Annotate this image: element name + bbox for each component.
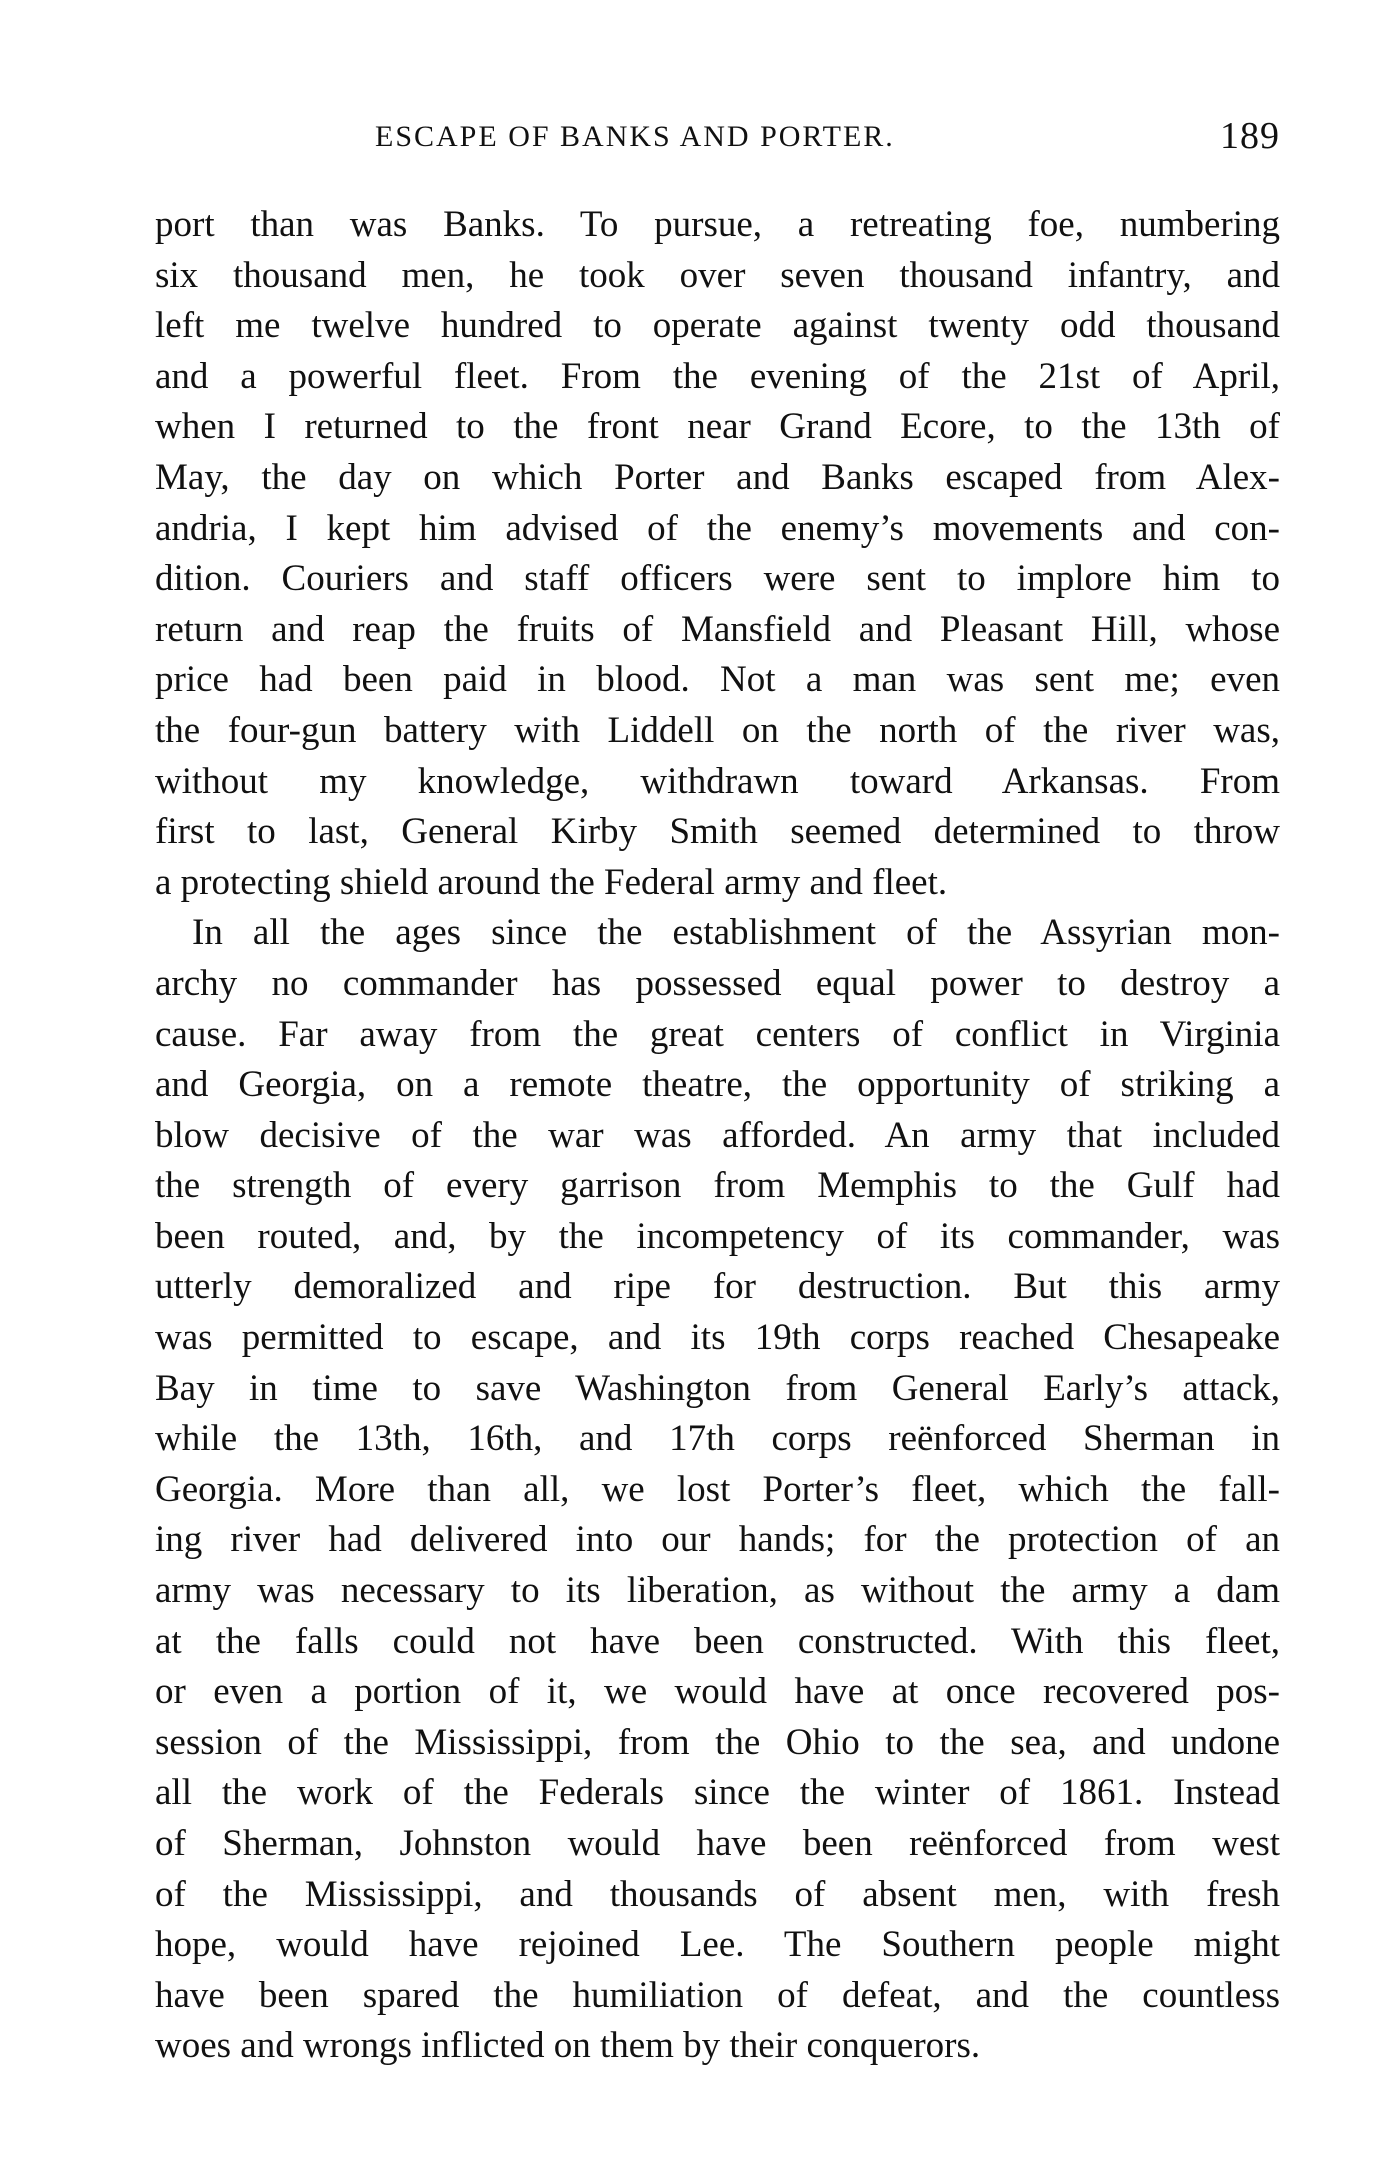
text-line: port than was Banks. To pursue, a retrea… [155,200,1280,251]
text-line: of the Mississippi, and thousands of abs… [155,1870,1280,1921]
text-line: and Georgia, on a remote theatre, the op… [155,1060,1280,1111]
text-line: cause. Far away from the great centers o… [155,1010,1280,1061]
text-line: session of the Mississippi, from the Ohi… [155,1718,1280,1769]
text-line: hope, would have rejoined Lee. The South… [155,1920,1280,1971]
text-line: and a powerful fleet. From the evening o… [155,352,1280,403]
text-line: dition. Couriers and staff officers were… [155,554,1280,605]
text-line: woes and wrongs inflicted on them by the… [155,2021,1280,2072]
text-line: first to last, General Kirby Smith seeme… [155,807,1280,858]
paragraph-2: In all the ages since the establishment … [155,908,1280,2072]
text-line: ing river had delivered into our hands; … [155,1515,1280,1566]
text-line: at the falls could not have been constru… [155,1617,1280,1668]
text-line: all the work of the Federals since the w… [155,1768,1280,1819]
text-line: a protecting shield around the Federal a… [155,858,1280,909]
book-page: ESCAPE OF BANKS AND PORTER. 189 port tha… [0,0,1400,2168]
text-line: May, the day on which Porter and Banks e… [155,453,1280,504]
text-line: or even a portion of it, we would have a… [155,1667,1280,1718]
text-line: price had been paid in blood. Not a man … [155,655,1280,706]
text-line: while the 13th, 16th, and 17th corps reë… [155,1414,1280,1465]
text-line: without my knowledge, withdrawn toward A… [155,757,1280,808]
text-line: In all the ages since the establishment … [155,908,1280,959]
paragraph-1: port than was Banks. To pursue, a retrea… [155,200,1280,908]
text-line: return and reap the fruits of Mansfield … [155,605,1280,656]
body-text: port than was Banks. To pursue, a retrea… [155,200,1280,2072]
text-line: six thousand men, he took over seven tho… [155,251,1280,302]
text-line: the strength of every garrison from Memp… [155,1161,1280,1212]
text-line: blow decisive of the war was afforded. A… [155,1111,1280,1162]
text-line: andria, I kept him advised of the enemy’… [155,504,1280,555]
running-title: ESCAPE OF BANKS AND PORTER. [375,120,895,154]
text-line: Bay in time to save Washington from Gene… [155,1364,1280,1415]
text-line: archy no commander has possessed equal p… [155,959,1280,1010]
text-line: was permitted to escape, and its 19th co… [155,1313,1280,1364]
text-line: Georgia. More than all, we lost Porter’s… [155,1465,1280,1516]
text-line: have been spared the humiliation of defe… [155,1971,1280,2022]
text-line: left me twelve hundred to operate agains… [155,301,1280,352]
text-line: been routed, and, by the incompetency of… [155,1212,1280,1263]
text-line: of Sherman, Johnston would have been reë… [155,1819,1280,1870]
text-line: utterly demoralized and ripe for destruc… [155,1262,1280,1313]
text-line: army was necessary to its liberation, as… [155,1566,1280,1617]
text-line: when I returned to the front near Grand … [155,402,1280,453]
running-head: ESCAPE OF BANKS AND PORTER. 189 [155,112,1280,162]
page-number: 189 [1220,114,1280,158]
text-line: the four-gun battery with Liddell on the… [155,706,1280,757]
